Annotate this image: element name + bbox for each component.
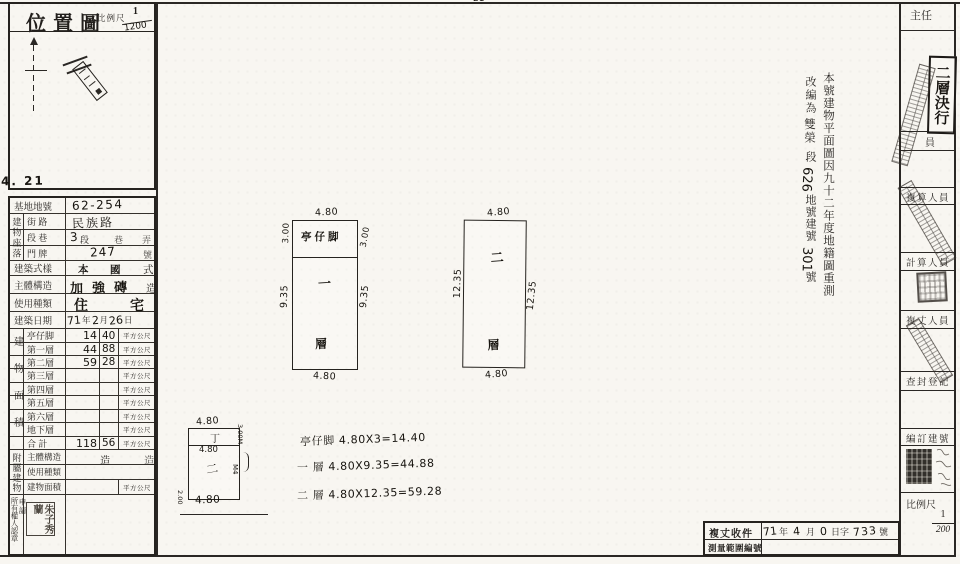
table-row-area-floor5: 第五層 平方公尺 (10, 396, 154, 410)
strip-scale-numerator: 1 (935, 509, 951, 520)
chief-header: 主任 (903, 7, 951, 23)
floorplan1-dim-bottom: 4.80 (313, 370, 337, 382)
floorplan1-floor-char2: 層 (315, 335, 328, 353)
area-int: 44 (65, 343, 100, 355)
receipt-box: 複丈收件 71 年 4 月 0 日字 733 號 測量範圍編號 (703, 521, 900, 556)
sketch-dim-top: 4.80 (196, 415, 220, 428)
section-suffix-duan: 段 (80, 233, 89, 246)
annotation-line2d: 地號建號 (802, 194, 818, 244)
structure-suffix: 造 (146, 280, 156, 295)
annex-area-unit: 平方公尺 (118, 480, 156, 494)
annotation-line2a: 改編為 (802, 76, 818, 115)
area-unit: 平方公尺 (118, 410, 156, 422)
receipt-number: 733 (853, 523, 878, 538)
floorplan2-floor-char1: 二 (490, 247, 504, 267)
area-unit: 平方公尺 (118, 437, 156, 449)
area-dec: 40 (100, 329, 120, 342)
style-value-3: 式 (143, 262, 154, 277)
table-row-applicant: 申請 所有權人認章 朱子秀蘭 (10, 495, 154, 554)
calculator-seal-stamp (916, 271, 948, 303)
area-unit: 平方公尺 (118, 343, 156, 355)
page-number-mark: 21 (473, 0, 484, 4)
table-row-area-total: 合 計 118 56 平方公尺 (10, 437, 154, 450)
date-month-unit: 月 (100, 314, 109, 326)
table-row-annex-usage: 使用種類 (10, 465, 154, 480)
floorplan2-dim-bottom: 4.80 (485, 368, 509, 381)
date-day-unit: 日 (124, 314, 133, 326)
annotation-land-number: 626 (798, 167, 814, 193)
corner-note: 4. 21 (1, 174, 45, 189)
numbering-seal-stamp (906, 449, 932, 484)
floorplan1-dim-top: 4.80 (315, 206, 339, 218)
annex-structure-label: 主體構造 (24, 450, 71, 464)
receipt-month: 4 (792, 524, 800, 538)
location-map-box: 位置圖 比例尺 1 1200 (8, 2, 156, 190)
building-data-table: 基地地號 62-254 街 路 民族路 段 巷 3 段 巷 弄 門 牌 247 … (8, 196, 156, 556)
map-parcel-stamp (72, 61, 108, 101)
floorplan1-outline: 亭仔脚 一 層 (292, 220, 358, 370)
north-arrow-icon (25, 37, 49, 117)
scanned-building-survey-form: 21 位置圖 比例尺 1 1200 4. 21 基地地號 62-254 (0, 0, 960, 564)
section-value: 3 (70, 230, 79, 244)
table-row-area-basement: 地下層 平方公尺 (10, 423, 154, 437)
table-row-street: 街 路 民族路 (10, 214, 154, 230)
area-unit: 平方公尺 (118, 396, 156, 409)
area-unit: 平方公尺 (118, 423, 156, 436)
sketch-bracket (242, 452, 249, 472)
door-value: 247 (90, 244, 117, 259)
group-label-location: 建物座落 (10, 214, 24, 261)
street-label: 街 路 (24, 214, 71, 229)
sketch-bracket-note: M4 (231, 464, 239, 475)
annotation-line1: 本號建物平面圖因九十二年度地籍圖重測 (820, 72, 836, 304)
table-row-area-floor6: 第六層 平方公尺 (10, 410, 154, 423)
usage-label: 使用種類 (10, 294, 73, 311)
floorplan1-floor-char1: 一 (317, 273, 331, 293)
table-row-area-floor3: 第三層 平方公尺 (10, 369, 154, 383)
annex-area-label: 建物面積 (24, 480, 71, 494)
table-row-annex-area: 建物面積 平方公尺 (10, 480, 154, 495)
sketch-left-note: 2.00 (176, 490, 184, 504)
style-value-1: 本 (78, 262, 89, 277)
receipt-year-unit: 年 (779, 525, 788, 538)
area-int: 118 (65, 437, 100, 449)
table-row-site: 基地地號 62-254 (10, 198, 154, 214)
group-label-area: 建物面積 (10, 329, 24, 450)
map-scale-numerator: 1 (133, 6, 138, 17)
floorplan1-dim-left: 9.35 (279, 285, 291, 309)
calc-line-veranda: 亭仔脚 4.80X3=14.40 (300, 429, 426, 449)
door-suffix: 號 (143, 248, 152, 261)
site-label: 基地地號 (10, 198, 73, 213)
area-dec: 28 (100, 356, 120, 368)
receipt-month-unit: 月 (806, 525, 815, 538)
area-unit: 平方公尺 (118, 356, 156, 368)
sketch-mark: 丁 (210, 430, 220, 445)
annotation-duan: 段 (802, 151, 818, 162)
receipt-day: 0 (820, 524, 828, 537)
receipt-number-unit: 號 (879, 525, 888, 538)
table-row-area-floor4: 第四層 平方公尺 (10, 383, 154, 396)
owner-seal-stamp: 朱子秀蘭 (26, 502, 55, 536)
area-label: 第四層 (24, 383, 71, 395)
door-label: 門 牌 (24, 246, 71, 260)
table-row-section: 段 巷 3 段 巷 弄 (10, 230, 154, 246)
area-dec: 56 (100, 437, 120, 449)
area-label: 地下層 (24, 423, 71, 436)
receipt-row1-value: 71 年 4 月 0 日字 733 號 (763, 523, 896, 539)
calc-line-floor1: 一 層 4.80X9.35=44.88 (297, 455, 435, 476)
section-suffix-nong: 弄 (142, 233, 151, 246)
calc-line-floor2: 二 層 4.80X12.35=59.28 (297, 482, 443, 503)
sketch-baseline (180, 514, 268, 515)
floorplan1-dim-right-top: 3.00 (359, 226, 372, 248)
number-header: 編訂建號 (902, 431, 954, 445)
table-row-date: 建築日期 71 年 2 月 26 日 (10, 312, 154, 329)
area-label: 第六層 (24, 410, 71, 422)
sketch-floor-label: 二 (205, 459, 220, 478)
receipt-year: 71 (762, 524, 777, 538)
date-value: 71 年 2 月 26 日 (67, 312, 152, 328)
date-year: 71 (66, 313, 81, 327)
annotation-section-name: 雙榮 (801, 118, 817, 145)
area-label: 第一層 (24, 343, 71, 355)
floorplan1-dim-left-top: 3.00 (281, 222, 292, 243)
area-unit: 平方公尺 (118, 383, 156, 395)
annex-usage-label: 使用種類 (24, 465, 71, 479)
area-label: 亭仔脚 (24, 329, 71, 342)
floorplan2-dim-top: 4.80 (487, 206, 511, 219)
map-title: 位置圖 (26, 7, 107, 36)
sketch-right-note: 3.00M (236, 424, 244, 444)
area-int: 14 (65, 329, 100, 342)
area-label: 合 計 (24, 437, 71, 449)
numbering-scribble (933, 446, 956, 490)
annotation-hao: 號 (802, 271, 818, 282)
floorplan2-outline: 二 層 (462, 220, 527, 369)
floorplan2-dim-left: 12.35 (452, 268, 464, 298)
partial-header-yuan: 員 (925, 134, 935, 149)
area-int: 59 (65, 356, 100, 368)
area-label: 第三層 (24, 369, 71, 382)
receipt-day-unit: 日字 (831, 525, 849, 538)
floorplan1-dim-right: 9.35 (358, 284, 371, 308)
date-label: 建築日期 (10, 312, 73, 328)
sketch-dim-bottom: 4.80 (195, 494, 221, 507)
receipt-row2-label: 測量範圍編號 (708, 542, 762, 554)
style-value-2: 國 (110, 262, 121, 277)
date-day: 26 (108, 313, 123, 327)
table-row-style: 建築式樣 本 國 式 (10, 261, 154, 276)
receipt-row1-label: 複丈收件 (709, 525, 753, 540)
floorplan1-veranda-label: 亭仔脚 (301, 229, 342, 244)
area-label: 第五層 (24, 396, 71, 409)
table-row-area-floor2: 第二層 59 28 平方公尺 (10, 356, 154, 369)
date-month: 2 (91, 313, 99, 326)
site-value: 62-254 (72, 197, 124, 213)
table-row-usage: 使用種類 住 宅 (10, 294, 154, 312)
date-year-unit: 年 (82, 314, 91, 326)
applicant-label-left: 所有權人認章 (9, 497, 20, 554)
group-label-annex: 附屬建物 (10, 450, 24, 495)
area-unit: 平方公尺 (118, 369, 156, 382)
table-row-area-veranda: 亭仔脚 14 40 平方公尺 (10, 329, 154, 343)
street-value: 民族路 (72, 213, 115, 231)
area-unit: 平方公尺 (118, 329, 156, 342)
structure-label: 主體構造 (10, 276, 73, 293)
floorplan1-veranda-divider (293, 257, 357, 258)
floorplan2-dim-right: 12.35 (525, 280, 539, 311)
sketch-mid-dim: 4.80 (199, 445, 218, 455)
strip-scale-denominator: 200 (930, 525, 956, 535)
area-label: 第二層 (24, 356, 71, 368)
main-left-border (156, 2, 158, 556)
floorplan2-floor-char2: 層 (487, 336, 500, 354)
area-dec: 88 (100, 343, 120, 355)
section-label: 段 巷 (24, 230, 71, 245)
table-row-area-floor1: 第一層 44 88 平方公尺 (10, 343, 154, 356)
table-row-annex-structure: 主體構造 造 造 (10, 450, 154, 465)
map-scale-label: 比例尺 (97, 12, 126, 24)
annotation-building-number: 301 (799, 247, 815, 272)
strip-scale-bar (932, 523, 954, 524)
style-label: 建築式樣 (10, 261, 73, 275)
table-row-door: 門 牌 247 號 (10, 246, 154, 261)
table-row-structure: 主體構造 加強磚 造 (10, 276, 154, 294)
